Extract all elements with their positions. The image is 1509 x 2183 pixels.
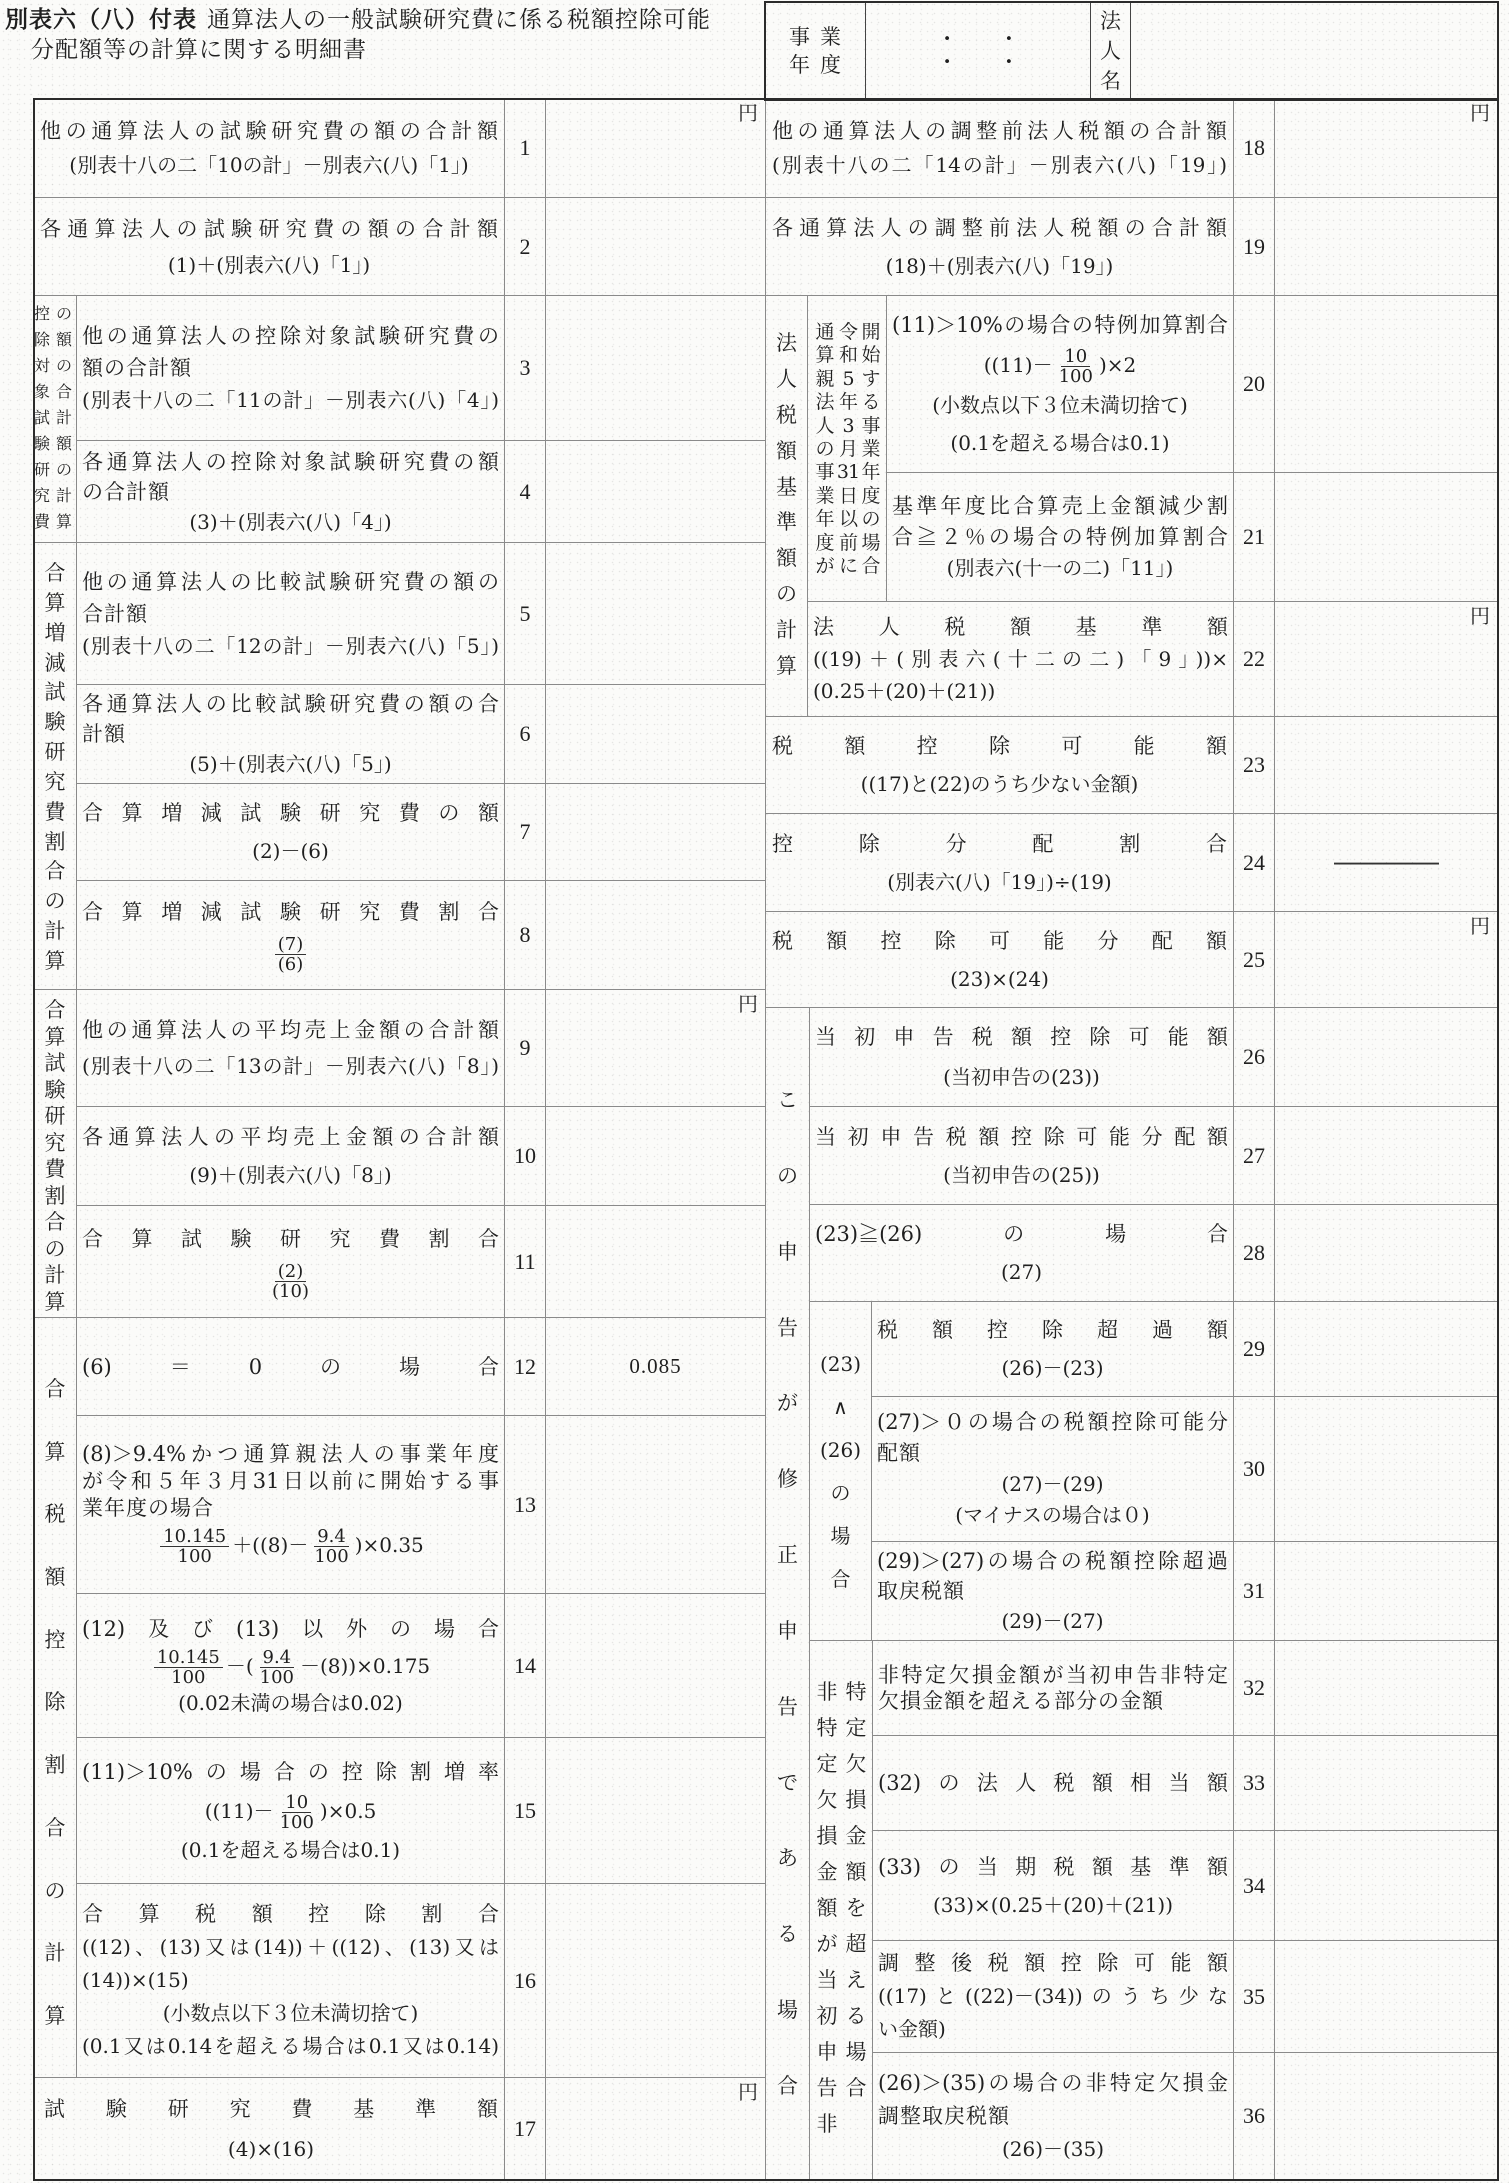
row-7-amount-field[interactable] <box>546 784 766 881</box>
row-22-formula: ((19)＋(別表六(十二の二)「9」))× <box>813 643 1228 675</box>
row-31-title: (29)＞(27)の場合の税額控除超過 <box>877 1546 1228 1576</box>
label-char: 定 <box>846 1717 867 1739</box>
row-6-title-cont: 計額 <box>82 719 499 749</box>
row-15-title: (11)＞10%の場合の控除割増率 <box>82 1754 499 1790</box>
fraction-numerator: 10.145 <box>154 1648 223 1668</box>
row-17-number: 17 <box>505 2078 546 2180</box>
label-char: 事 <box>861 416 880 436</box>
row-26-amount-field[interactable] <box>1275 1008 1498 1107</box>
label-char: 申 <box>777 1620 798 1642</box>
row-13-title-cont: が令和５年３月31日以前に開始する事 <box>82 1468 499 1495</box>
row-25-formula: (23)×(24) <box>772 960 1227 998</box>
row-35-formula: ((17)と((22)－(34))のうち少な <box>878 1980 1228 2013</box>
row-29-title: 税額控除超過額 <box>877 1311 1228 1349</box>
row-9-amount-field[interactable]: 円 <box>546 990 766 1107</box>
label-char: が <box>817 1933 838 1955</box>
label-char: 減 <box>45 652 66 674</box>
row-9-label: 他の通算法人の平均売上金額の合計額 (別表十八の二「13の計」－別表六(八)「8… <box>77 990 505 1107</box>
formula-text: ＋((8)－ <box>232 1533 308 1557</box>
row-30-formula: (27)－(29) <box>877 1469 1228 1500</box>
label-char: 日 <box>839 486 857 506</box>
row-21-title-cont: 合≧２％の場合の特例加算割合 <box>892 522 1228 553</box>
label-char: 費 <box>45 801 66 823</box>
label-char: の <box>777 1165 798 1187</box>
row-22-title: 法人税額基準額 <box>813 611 1228 643</box>
row-33-label: (32)の法人税額相当額 <box>873 1736 1234 1831</box>
row-34-formula: (33)×(0.25＋(20)＋(21)) <box>878 1886 1228 1924</box>
row-21-ratio-field[interactable] <box>1275 473 1498 602</box>
label-char: 法 <box>776 332 797 354</box>
row-16-title: 合算税額控除割合 <box>82 1898 499 1931</box>
label-char: 度 <box>861 486 880 506</box>
label-char: 業 <box>861 439 880 459</box>
label-char: 象 <box>34 384 50 400</box>
row-2-label: 各通算法人の試験研究費の額の合計額 (1)＋(別表六(八)「1」) <box>34 198 505 296</box>
row-22-formula-cont: (0.25＋(20)＋(21)) <box>813 675 1228 707</box>
label-char: 非 <box>817 1681 838 1703</box>
label-char: の <box>56 358 72 374</box>
row-8-ratio-field[interactable] <box>546 881 766 990</box>
row-12-value: 0.085 <box>546 1318 765 1415</box>
row-15-ratio-field[interactable] <box>546 1738 766 1884</box>
label-char: 割 <box>45 1185 66 1207</box>
label-char: 額 <box>45 1566 66 1588</box>
row-15-number: 15 <box>505 1738 546 1884</box>
label-char: 研 <box>45 1105 66 1127</box>
form-title: 別表六（八）付表通算法人の一般試験研究費に係る税額控除可能 分配額等の計算に関す… <box>5 5 711 65</box>
row-32-number: 32 <box>1234 1641 1275 1736</box>
row-34-label: (33)の当期税額基準額 (33)×(0.25＋(20)＋(21)) <box>873 1831 1234 1941</box>
label-char: 欠 <box>846 1753 867 1775</box>
row-13-title-cont-2: 業年度の場合 <box>82 1495 499 1522</box>
row-1-formula: (別表十八の二「10の計」－別表六(八)「1」) <box>40 148 498 182</box>
label-char: 超 <box>846 1933 867 1955</box>
group-label-column: 特定欠損金額を超える場合 <box>845 1681 867 2179</box>
label-char: の <box>831 1482 851 1504</box>
fraction-denominator: (6) <box>275 955 307 974</box>
row-8-label: 合算増減試験研究費割合 (7)(6) <box>77 881 505 990</box>
form-id: 別表六（八）付表 <box>5 7 197 33</box>
label-char: 合 <box>45 1378 66 1400</box>
label-char: 算 <box>45 1026 66 1048</box>
row-27-label: 当初申告税額控除可能分配額 (当初申告の(25)) <box>810 1107 1234 1205</box>
label-char: 令 <box>839 322 857 342</box>
group-label-column: 非特定欠損金額が当初申告非 <box>816 1681 838 2179</box>
label-char: 正 <box>777 1544 798 1566</box>
label-char: が <box>777 1392 798 1414</box>
form-title-text: 通算法人の一般試験研究費に係る税額控除可能 <box>207 7 711 33</box>
fraction-denominator: 100 <box>277 1813 317 1832</box>
row-9-formula: (別表十八の二「13の計」－別表六(八)「8」) <box>82 1048 499 1084</box>
row-36-label: (26)＞(35)の場合の非特定欠損金 調整取戻税額 (26)－(35) <box>873 2053 1234 2180</box>
fraction: 10.145100 <box>160 1527 229 1566</box>
yen-unit-label: 円 <box>1470 605 1490 627</box>
label-char: 控 <box>45 1629 66 1651</box>
row-17-formula: (4)×(16) <box>44 2129 498 2169</box>
label-char: 月 <box>839 439 857 459</box>
label-char: 額 <box>776 440 797 462</box>
label-char: 開 <box>861 322 880 342</box>
label-char: 研 <box>34 462 50 478</box>
row-20-label: (11)＞10%の場合の特例加算割合 ((11)－10100)×2 (小数点以下… <box>887 296 1234 473</box>
fraction-numerator: (2) <box>275 1262 307 1282</box>
label-char: 人 <box>776 368 797 390</box>
row-6-number: 6 <box>505 685 546 784</box>
row-21-formula: (別表六(十一の二)「11」) <box>892 553 1228 584</box>
label-char: 場 <box>861 533 880 553</box>
label-char: 額 <box>846 1861 867 1883</box>
fiscal-year-field[interactable]: ・ ・ ・ ・ <box>866 2 1091 100</box>
row-10-amount-field[interactable] <box>546 1107 766 1206</box>
label-char: あ <box>777 1847 798 1869</box>
row-24-number: 24 <box>1234 814 1275 912</box>
group-label-column: の額の合計額の計算 <box>56 306 72 530</box>
row-19-title: 各通算法人の調整前法人税額の合計額 <box>772 209 1227 247</box>
row-35-amount-field[interactable] <box>1275 1941 1498 2053</box>
row-18-label: 他の通算法人の調整前法人税額の合計額 (別表十八の二「14の計」－別表六(八)「… <box>766 99 1234 198</box>
row-7-formula: (2)－(6) <box>82 832 499 870</box>
label-char: の <box>56 462 72 478</box>
label-char: ∧ <box>833 1396 848 1418</box>
label-char: 合 <box>777 2075 798 2097</box>
label-char: 業 <box>815 486 834 506</box>
label-char: 控 <box>34 306 50 322</box>
row-14-note: (0.02未満の場合は0.02) <box>82 1686 499 1720</box>
label-char: 人 <box>1100 40 1121 62</box>
label-char: 験 <box>45 1079 66 1101</box>
row-25-amount-field[interactable]: 円 <box>1275 912 1498 1008</box>
row-36-amount-field[interactable] <box>1275 2053 1498 2180</box>
row-15-formula: ((11)－10100)×0.5 <box>82 1790 499 1832</box>
group-label-column: 控除対象試験研究費 <box>34 306 50 530</box>
label-char: 算 <box>45 1291 66 1313</box>
row-32-label: 非特定欠損金額が当初申告非特定 欠損金額を超える部分の金額 <box>873 1641 1234 1736</box>
row-1-title: 他の通算法人の試験研究費の額の合計額 <box>40 114 498 148</box>
row-11-number: 11 <box>505 1206 546 1318</box>
row-12-number: 12 <box>505 1318 546 1416</box>
row-13-label: (8)＞9.4%かつ通算親法人の事業年度 が令和５年３月31日以前に開始する事 … <box>77 1416 505 1594</box>
row-22-label: 法人税額基準額 ((19)＋(別表六(十二の二)「9」))× (0.25＋(20… <box>808 602 1234 717</box>
row-2-amount-field[interactable] <box>546 198 766 296</box>
corporation-name-field[interactable] <box>1131 2 1498 100</box>
row-3-amount-field[interactable] <box>546 296 766 441</box>
label-char: の <box>56 306 72 322</box>
label-char: 欠 <box>817 1789 838 1811</box>
group-label-amended-return: この申告が修正申告である場合 <box>766 1008 810 2180</box>
label-char: 計 <box>776 619 797 641</box>
row-26-formula: (当初申告の(23)) <box>815 1057 1228 1097</box>
formula-text: －( <box>226 1654 254 1678</box>
row-28-formula: (27) <box>815 1253 1228 1291</box>
row-6-title: 各通算法人の比較試験研究費の額の合 <box>82 689 499 719</box>
row-18-amount-field[interactable]: 円 <box>1275 99 1498 198</box>
label-char: 名 <box>1100 70 1121 92</box>
row-5-title: 他の通算法人の比較試験研究費の額の <box>82 566 499 598</box>
label-char: る <box>777 1923 798 1945</box>
label-char: 税 <box>776 404 797 426</box>
label-char: 合 <box>56 384 72 400</box>
row-5-amount-field[interactable] <box>546 543 766 685</box>
formula-text: )×0.5 <box>320 1799 376 1823</box>
row-35-label: 調整後税額控除可能額 ((17)と((22)－(34))のうち少な い金額) <box>873 1941 1234 2053</box>
label-char: を <box>846 1897 867 1919</box>
row-29-label: 税額控除超過額 (26)－(23) <box>872 1302 1234 1397</box>
row-33-amount-field[interactable] <box>1275 1736 1498 1831</box>
label-char: 初 <box>817 2005 838 2027</box>
row-13-formula: 10.145100＋((8)－9.4100)×0.35 <box>82 1522 499 1568</box>
fraction-numerator: 10 <box>1061 347 1090 367</box>
label-char: 事 <box>815 462 834 482</box>
label-char: 告 <box>817 2077 838 2099</box>
row-13-ratio-field[interactable] <box>546 1416 766 1594</box>
fraction: 9.4100 <box>257 1648 297 1687</box>
row-12-title: (6)＝0の場合 <box>82 1351 499 1383</box>
row-35-title: 調整後税額控除可能額 <box>878 1947 1228 1980</box>
row-24-not-applicable-dash: ―――― <box>1275 814 1497 911</box>
label-char: 算 <box>45 2005 66 2027</box>
label-char: 告 <box>777 1317 798 1339</box>
row-14-number: 14 <box>505 1594 546 1738</box>
row-21-title: 基準年度比合算売上金額減少割 <box>892 491 1228 522</box>
row-25-number: 25 <box>1234 912 1275 1008</box>
row-3-number: 3 <box>505 296 546 441</box>
label-char: 合 <box>45 1817 66 1839</box>
row-16-note-2: (0.1又は0.14を超える場合は0.1又は0.14) <box>82 2030 499 2063</box>
label-char: の <box>776 583 797 605</box>
label-char: の <box>815 439 834 459</box>
label-char: す <box>861 369 880 389</box>
row-6-label: 各通算法人の比較試験研究費の額の合 計額 (5)＋(別表六(八)「5」) <box>77 685 505 784</box>
label-char: 合 <box>846 2077 867 2099</box>
row-32-title-cont: 欠損金額を超える部分の金額 <box>878 1688 1228 1714</box>
fraction-numerator: 9.4 <box>260 1648 295 1668</box>
row-27-amount-field[interactable] <box>1275 1107 1498 1205</box>
label-char: 計 <box>45 920 66 942</box>
fraction: 10100 <box>1056 347 1096 386</box>
row-10-title: 各通算法人の平均売上金額の合計額 <box>82 1118 499 1156</box>
yen-unit-label: 円 <box>738 993 758 1015</box>
row-15-note: (0.1を超える場合は0.1) <box>82 1832 499 1868</box>
row-2-title: 各通算法人の試験研究費の額の合計額 <box>40 211 498 247</box>
row-30-amount-field[interactable] <box>1275 1397 1498 1542</box>
corporation-name-label: 法人名 <box>1091 2 1131 100</box>
label-char: 算 <box>45 592 66 614</box>
fiscal-year-start[interactable]: ・ ・ <box>937 28 1020 51</box>
row-20-title: (11)＞10%の場合の特例加算割合 <box>892 306 1228 344</box>
row-17-amount-field[interactable]: 円 <box>546 2078 766 2180</box>
fraction-denominator: 100 <box>168 1668 208 1687</box>
label-char: 場 <box>777 1999 798 2021</box>
label-char: が <box>815 556 834 576</box>
fraction: 10100 <box>277 1793 317 1832</box>
row-2-number: 2 <box>505 198 546 296</box>
label-char: 年 <box>839 392 857 412</box>
row-23-amount-field[interactable] <box>1275 717 1498 814</box>
row-29-number: 29 <box>1234 1302 1275 1397</box>
row-24-ratio-field[interactable]: ―――― <box>1275 814 1498 912</box>
row-1-label: 他の通算法人の試験研究費の額の合計額 (別表十八の二「10の計」－別表六(八)「… <box>34 99 505 198</box>
row-11-formula: (2)(10) <box>82 1257 499 1303</box>
row-28-number: 28 <box>1234 1205 1275 1302</box>
row-17-title: 試験研究費基準額 <box>44 2089 498 2129</box>
row-6-formula: (5)＋(別表六(八)「5」) <box>82 749 499 779</box>
row-24-title: 控除分配割合 <box>772 825 1227 863</box>
label-char: 金 <box>846 1825 867 1847</box>
row-4-title-cont: の合計額 <box>82 477 499 507</box>
label-char: 年 <box>815 509 834 529</box>
row-1-amount-field[interactable]: 円 <box>546 99 766 198</box>
label-char: 親 <box>815 369 834 389</box>
row-22-amount-field[interactable]: 円 <box>1275 602 1498 717</box>
label-char: 計 <box>56 488 72 504</box>
label-char: 通 <box>815 322 834 342</box>
row-31-amount-field[interactable] <box>1275 1542 1498 1641</box>
label-char: 合 <box>45 562 66 584</box>
row-36-number: 36 <box>1234 2053 1275 2180</box>
label-char: 試 <box>45 1052 66 1074</box>
label-char: 増 <box>45 622 66 644</box>
row-3-title-cont: 額の合計額 <box>82 352 499 384</box>
row-29-formula: (26)－(23) <box>877 1349 1228 1387</box>
row-30-title: (27)＞０の場合の税額控除可能分 <box>877 1407 1228 1438</box>
row-1-number: 1 <box>505 99 546 198</box>
row-26-title: 当初申告税額控除可能額 <box>815 1017 1228 1057</box>
group-label-nonspecific-loss-exceeds: 非特定欠損金額が当初申告非 特定欠損金額を超える場合 <box>810 1641 873 2180</box>
row-14-ratio-field[interactable] <box>546 1594 766 1738</box>
row-28-title: (23)≧(26)の場合 <box>815 1215 1228 1253</box>
yen-unit-label: 円 <box>738 102 758 124</box>
fiscal-year-end[interactable]: ・ ・ <box>937 51 1020 74</box>
label-char: 究 <box>45 1132 66 1154</box>
row-30-note: (マイナスの場合は０) <box>877 1500 1228 1531</box>
row-22-number: 22 <box>1234 602 1275 717</box>
row-20-ratio-field[interactable] <box>1275 296 1498 473</box>
label-char: 度 <box>815 533 834 553</box>
row-20-formula: ((11)－10100)×2 <box>892 344 1228 386</box>
fraction: 9.4100 <box>311 1527 351 1566</box>
row-27-number: 27 <box>1234 1107 1275 1205</box>
label-char: 合 <box>45 999 66 1021</box>
row-17-label: 試験研究費基準額 (4)×(16) <box>34 2078 505 2180</box>
row-27-formula: (当初申告の(25)) <box>815 1156 1228 1194</box>
label-char: 基 <box>776 476 797 498</box>
label-char: 験 <box>34 436 50 452</box>
row-25-title: 税額控除可能分配額 <box>772 922 1227 960</box>
formula-text: ((11)－ <box>205 1799 274 1823</box>
label-char: 対 <box>34 358 50 374</box>
label-char: 算 <box>776 655 797 677</box>
fraction-denominator: 100 <box>175 1547 215 1566</box>
row-26-label: 当初申告税額控除可能額 (当初申告の(23)) <box>810 1008 1234 1107</box>
row-23-title: 税額控除可能額 <box>772 727 1227 765</box>
row-31-formula: (29)－(27) <box>877 1606 1228 1636</box>
label-char: 和 <box>839 345 857 365</box>
label-char: 額 <box>56 332 72 348</box>
row-12-label: (6)＝0の場合 <box>77 1318 505 1416</box>
group-label-combined-rd-ratio: 合算試験研究費割合の計算 <box>34 990 77 1318</box>
row-2-formula: (1)＋(別表六(八)「1」) <box>40 247 498 283</box>
row-29-amount-field[interactable] <box>1275 1302 1498 1397</box>
row-6-amount-field[interactable] <box>546 685 766 784</box>
label-char: 3 <box>842 416 853 436</box>
row-19-amount-field[interactable] <box>1275 198 1498 296</box>
label-char: 究 <box>45 771 66 793</box>
label-char: (26) <box>820 1439 861 1461</box>
formula-text: )×0.35 <box>355 1533 424 1557</box>
label-char: 割 <box>45 1754 66 1776</box>
fraction-numerator: 10 <box>282 1793 311 1813</box>
row-16-formula: ((12)、(13)又は(14))＋((12)、(13)又は <box>82 1931 499 1964</box>
row-31-number: 31 <box>1234 1542 1275 1641</box>
row-8-formula: (7)(6) <box>82 930 499 976</box>
row-11-label: 合算試験研究費割合 (2)(10) <box>77 1206 505 1318</box>
label-char: 修 <box>777 1468 798 1490</box>
row-15-label: (11)＞10%の場合の控除割増率 ((11)－10100)×0.5 (0.1を… <box>77 1738 505 1884</box>
fiscal-year-label-line-2: 年度 <box>789 51 841 79</box>
row-25-label: 税額控除可能分配額 (23)×(24) <box>766 912 1234 1008</box>
label-char: の <box>45 890 66 912</box>
row-14-label: (12)及び(13)以外の場合 10.145100－(9.4100－(8))×0… <box>77 1594 505 1738</box>
row-9-number: 9 <box>505 990 546 1107</box>
row-12-ratio-field[interactable]: 0.085 <box>546 1318 766 1416</box>
label-char: 研 <box>45 741 66 763</box>
row-36-title: (26)＞(35)の場合の非特定欠損金 <box>878 2067 1228 2100</box>
row-3-title: 他の通算法人の控除対象試験研究費の <box>82 320 499 352</box>
group-label-case-23-lt-26: (23)∧(26)の場合 <box>810 1302 872 1641</box>
fraction-denominator: 100 <box>311 1547 351 1566</box>
label-char: 合 <box>45 860 66 882</box>
label-char: 割 <box>45 831 66 853</box>
row-16-number: 16 <box>505 1884 546 2078</box>
label-char: 算 <box>56 514 72 530</box>
label-char: 除 <box>34 332 50 348</box>
row-30-title-cont: 配額 <box>877 1438 1228 1469</box>
label-char: 究 <box>34 488 50 504</box>
row-4-label: 各通算法人の控除対象試験研究費の額 の合計額 (3)＋(別表六(八)「4」) <box>77 441 505 543</box>
label-char: 申 <box>817 2041 838 2063</box>
row-11-title: 合算試験研究費割合 <box>82 1221 499 1257</box>
row-28-label: (23)≧(26)の場合 (27) <box>810 1205 1234 1302</box>
form-title-line-1: 別表六（八）付表通算法人の一般試験研究費に係る税額控除可能 <box>5 5 711 35</box>
row-3-label: 他の通算法人の控除対象試験研究費の 額の合計額 (別表十八の二「11の計」－別表… <box>77 296 505 441</box>
row-13-number: 13 <box>505 1416 546 1594</box>
label-char: 算 <box>45 1441 66 1463</box>
fraction-denominator: 100 <box>1056 367 1096 386</box>
yen-unit-label: 円 <box>738 2081 758 2103</box>
label-char: 法 <box>1100 10 1121 32</box>
row-16-ratio-field[interactable] <box>546 1884 766 2078</box>
label-char: 年 <box>861 462 880 482</box>
row-28-amount-field[interactable] <box>1275 1205 1498 1302</box>
label-char: 合 <box>831 1568 851 1590</box>
row-36-title-cont: 調整取戻税額 <box>878 2100 1228 2133</box>
label-char: 人 <box>815 416 834 436</box>
row-11-ratio-field[interactable] <box>546 1206 766 1318</box>
row-33-number: 33 <box>1234 1736 1275 1831</box>
row-24-label: 控除分配割合 (別表六(八)「19」)÷(19) <box>766 814 1234 912</box>
label-char: 損 <box>817 1825 838 1847</box>
fiscal-year-label: 事業 年度 <box>765 2 866 100</box>
fraction: (7)(6) <box>275 935 307 974</box>
label-char: 前 <box>839 533 857 553</box>
label-char: 額 <box>56 436 72 452</box>
row-34-amount-field[interactable] <box>1275 1831 1498 1941</box>
group-label-combined-change-ratio: 合算増減試験研究費割合の計算 <box>34 543 77 990</box>
row-4-amount-field[interactable] <box>546 441 766 543</box>
row-31-title-cont: 取戻税額 <box>877 1576 1228 1606</box>
row-32-amount-field[interactable] <box>1275 1641 1498 1736</box>
label-char: 額 <box>817 1897 838 1919</box>
